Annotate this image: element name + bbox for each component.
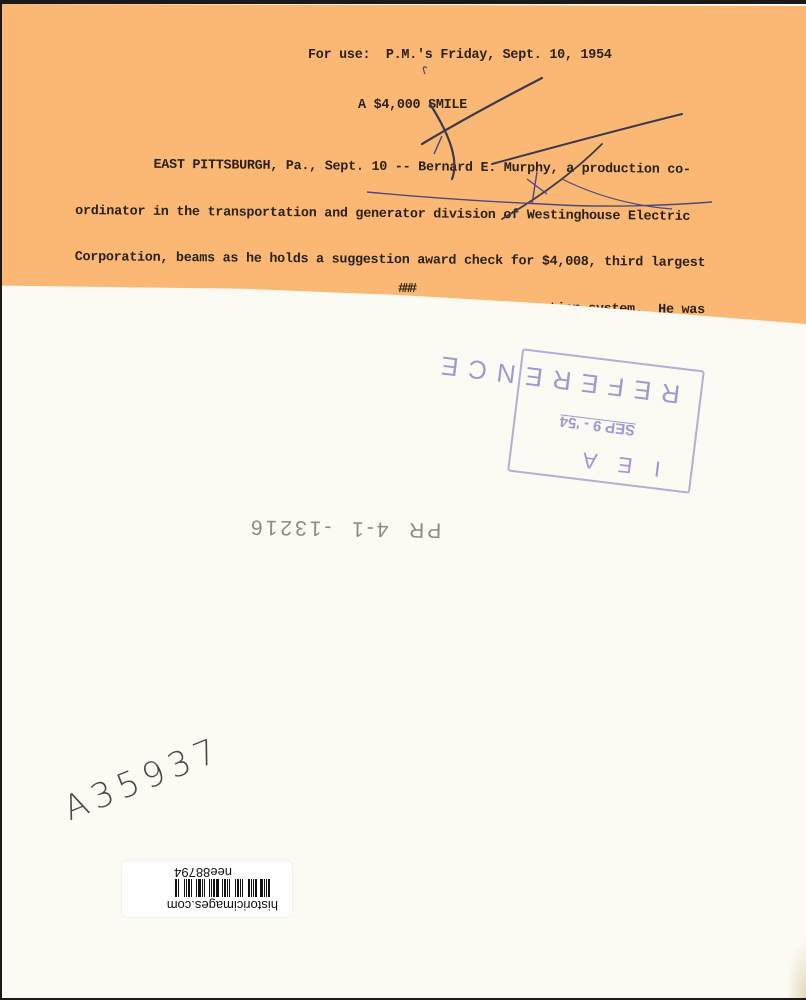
caption-line: Corporation, beams as he holds a suggest… — [75, 250, 721, 272]
barcode-label: nee88794 historicimages.com — [122, 861, 292, 917]
reference-stamp: I E A SEP 9 - '54 REFERENCE — [507, 348, 705, 493]
stamp-date: SEP 9 - '54 — [559, 412, 636, 438]
barcode-code: nee88794 — [174, 865, 232, 880]
barcode-icon — [142, 879, 270, 897]
stamp-label: REFERENCE — [429, 348, 681, 409]
headline: A $4,000 SMILE — [358, 98, 467, 114]
caption-line: EAST PITTSBURGH, Pa., Sept. 10 -- Bernar… — [76, 157, 722, 179]
photo-back-paper: For use: P.M.'s Friday, Sept. 10, 1954 A… — [2, 4, 806, 998]
barcode-site: historicimages.com — [167, 898, 278, 913]
release-date-line: For use: P.M.'s Friday, Sept. 10, 1954 — [308, 48, 612, 64]
press-release-sheet: For use: P.M.'s Friday, Sept. 10, 1954 A… — [2, 4, 806, 324]
handwritten-catalog-number: A35937 — [58, 729, 228, 829]
caption-line: ordinator in the transportation and gene… — [75, 203, 721, 225]
inventory-number: PR 4-1 -13216 — [248, 514, 442, 541]
stamp-letters: I E A — [573, 446, 662, 482]
caption-line: required a careful machining operation. — [72, 482, 718, 504]
end-mark: ### — [398, 282, 414, 298]
caption-line: in the history of the 44-year-old Westin… — [74, 296, 720, 318]
